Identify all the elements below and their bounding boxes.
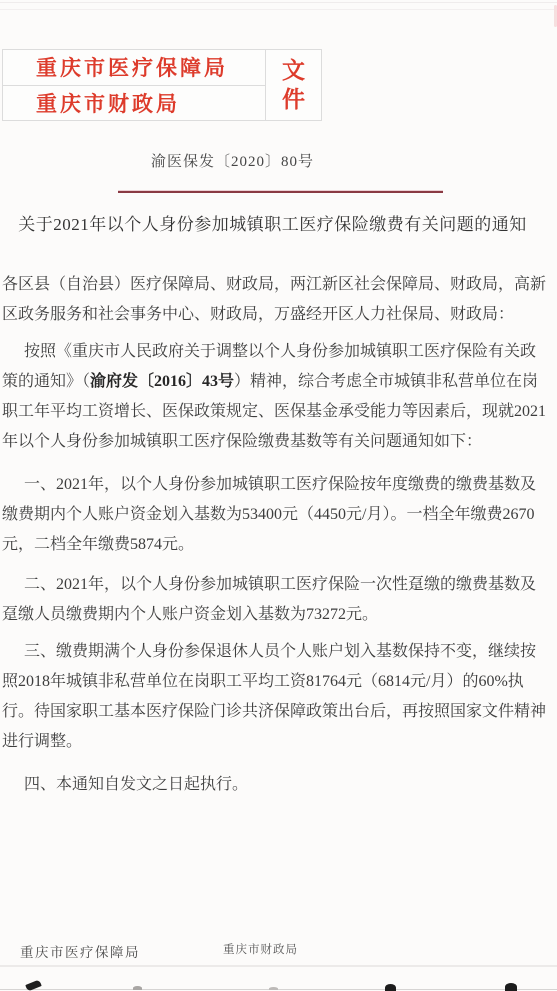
body-line: 四、本通知自发文之日起执行。	[2, 770, 556, 800]
body-line: 职工年平均工资增长、医保政策规定、医保基金承受能力等因素后，现就2021	[2, 397, 556, 427]
letterhead-box: 重庆市医疗保障局 重庆市财政局 文 件	[2, 49, 322, 121]
footer-agency-finance: 重庆市财政局	[223, 941, 298, 957]
agency-name-finance: 重庆市财政局	[3, 86, 265, 121]
doc-type-label: 文 件	[266, 50, 321, 120]
scan-artifact-cutoff-glyph	[269, 987, 278, 990]
body-line: 照2018年城镇非私营单位在岗职工平均工资81764元（6814元/月）的60%…	[2, 667, 556, 697]
body-line: 缴费期内个人账户资金划入基数为53400元（4450元/月）。一档全年缴费267…	[2, 500, 556, 530]
red-divider-line	[118, 191, 443, 193]
body-line: 按照《重庆市人民政府关于调整以个人身份参加城镇职工医疗保险有关政	[2, 337, 556, 367]
scan-artifact-cutoff-glyph	[385, 984, 396, 991]
footer-agency-medical: 重庆市医疗保障局	[20, 941, 140, 961]
doc-type-char-wen: 文	[282, 56, 305, 85]
text-segment: 策的通知》（	[2, 373, 90, 390]
body-line: 行。待国家职工基本医疗保险门诊共济保障政策出台后，再按照国家文件精神	[2, 697, 556, 727]
agency-name-medical: 重庆市医疗保障局	[3, 50, 265, 86]
scan-artifact-cutoff-glyph	[133, 986, 142, 990]
body-line: 一、2021年，以个人身份参加城镇职工医疗保险按年度缴费的缴费基数及	[2, 470, 556, 500]
addressees: 各区县（自治县）医疗保障局、财政局，两江新区社会保障局、财政局，高新区政务服务和…	[2, 270, 556, 330]
scan-artifact-cutoff-glyph	[505, 983, 517, 991]
scan-top-hairline	[0, 2, 557, 3]
item-2: 二、2021年，以个人身份参加城镇职工医疗保险一次性趸缴的缴费基数及趸缴人员缴费…	[2, 570, 556, 630]
body-line: 二、2021年，以个人身份参加城镇职工医疗保险一次性趸缴的缴费基数及	[2, 570, 556, 600]
body-line: 各区县（自治县）医疗保障局、财政局，两江新区社会保障局、财政局，高新	[2, 270, 556, 300]
body-line: 区政务服务和社会事务中心、财政局，万盛经开区人力社保局、财政局：	[2, 300, 556, 330]
text-segment: ）精神，综合考虑全市城镇非私营单位在岗	[234, 373, 538, 390]
body-line: 三、缴费期满个人身份参保退休人员个人账户划入基数保持不变，继续按	[2, 637, 556, 667]
document-body: 各区县（自治县）医疗保障局、财政局，两江新区社会保障局、财政局，高新区政务服务和…	[2, 270, 556, 800]
letterhead-agency-column: 重庆市医疗保障局 重庆市财政局	[3, 50, 266, 120]
intro-paragraph: 按照《重庆市人民政府关于调整以个人身份参加城镇职工医疗保险有关政策的通知》（渝府…	[2, 337, 556, 457]
item-1: 一、2021年，以个人身份参加城镇职工医疗保险按年度缴费的缴费基数及缴费期内个人…	[2, 470, 556, 560]
scan-top-hairline-2	[0, 9, 557, 10]
body-line: 趸缴人员缴费期内个人账户资金划入基数为73272元。	[2, 600, 556, 630]
body-line: 进行调整。	[2, 727, 556, 757]
document-page: 重庆市医疗保障局 重庆市财政局 文 件 渝医保发〔2020〕80号 关于2021…	[0, 0, 557, 991]
doc-type-char-jian: 件	[282, 85, 305, 114]
body-line: 年以个人身份参加城镇职工医疗保险缴费基数等有关问题通知如下：	[2, 427, 556, 457]
bottom-hairline	[0, 989, 557, 990]
item-3: 三、缴费期满个人身份参保退休人员个人账户划入基数保持不变，继续按照2018年城镇…	[2, 637, 556, 757]
body-line: 策的通知》（渝府发〔2016〕43号）精神，综合考虑全市城镇非私营单位在岗	[2, 367, 556, 397]
document-title: 关于2021年以个人身份参加城镇职工医疗保险缴费有关问题的通知	[0, 212, 551, 238]
reference-doc-number: 渝府发〔2016〕43号	[90, 373, 234, 390]
document-number: 渝医保发〔2020〕80号	[0, 152, 511, 172]
bottom-divider	[0, 965, 557, 967]
body-line: 元，二档全年缴费5874元。	[2, 530, 556, 560]
item-4: 四、本通知自发文之日起执行。	[2, 770, 556, 800]
